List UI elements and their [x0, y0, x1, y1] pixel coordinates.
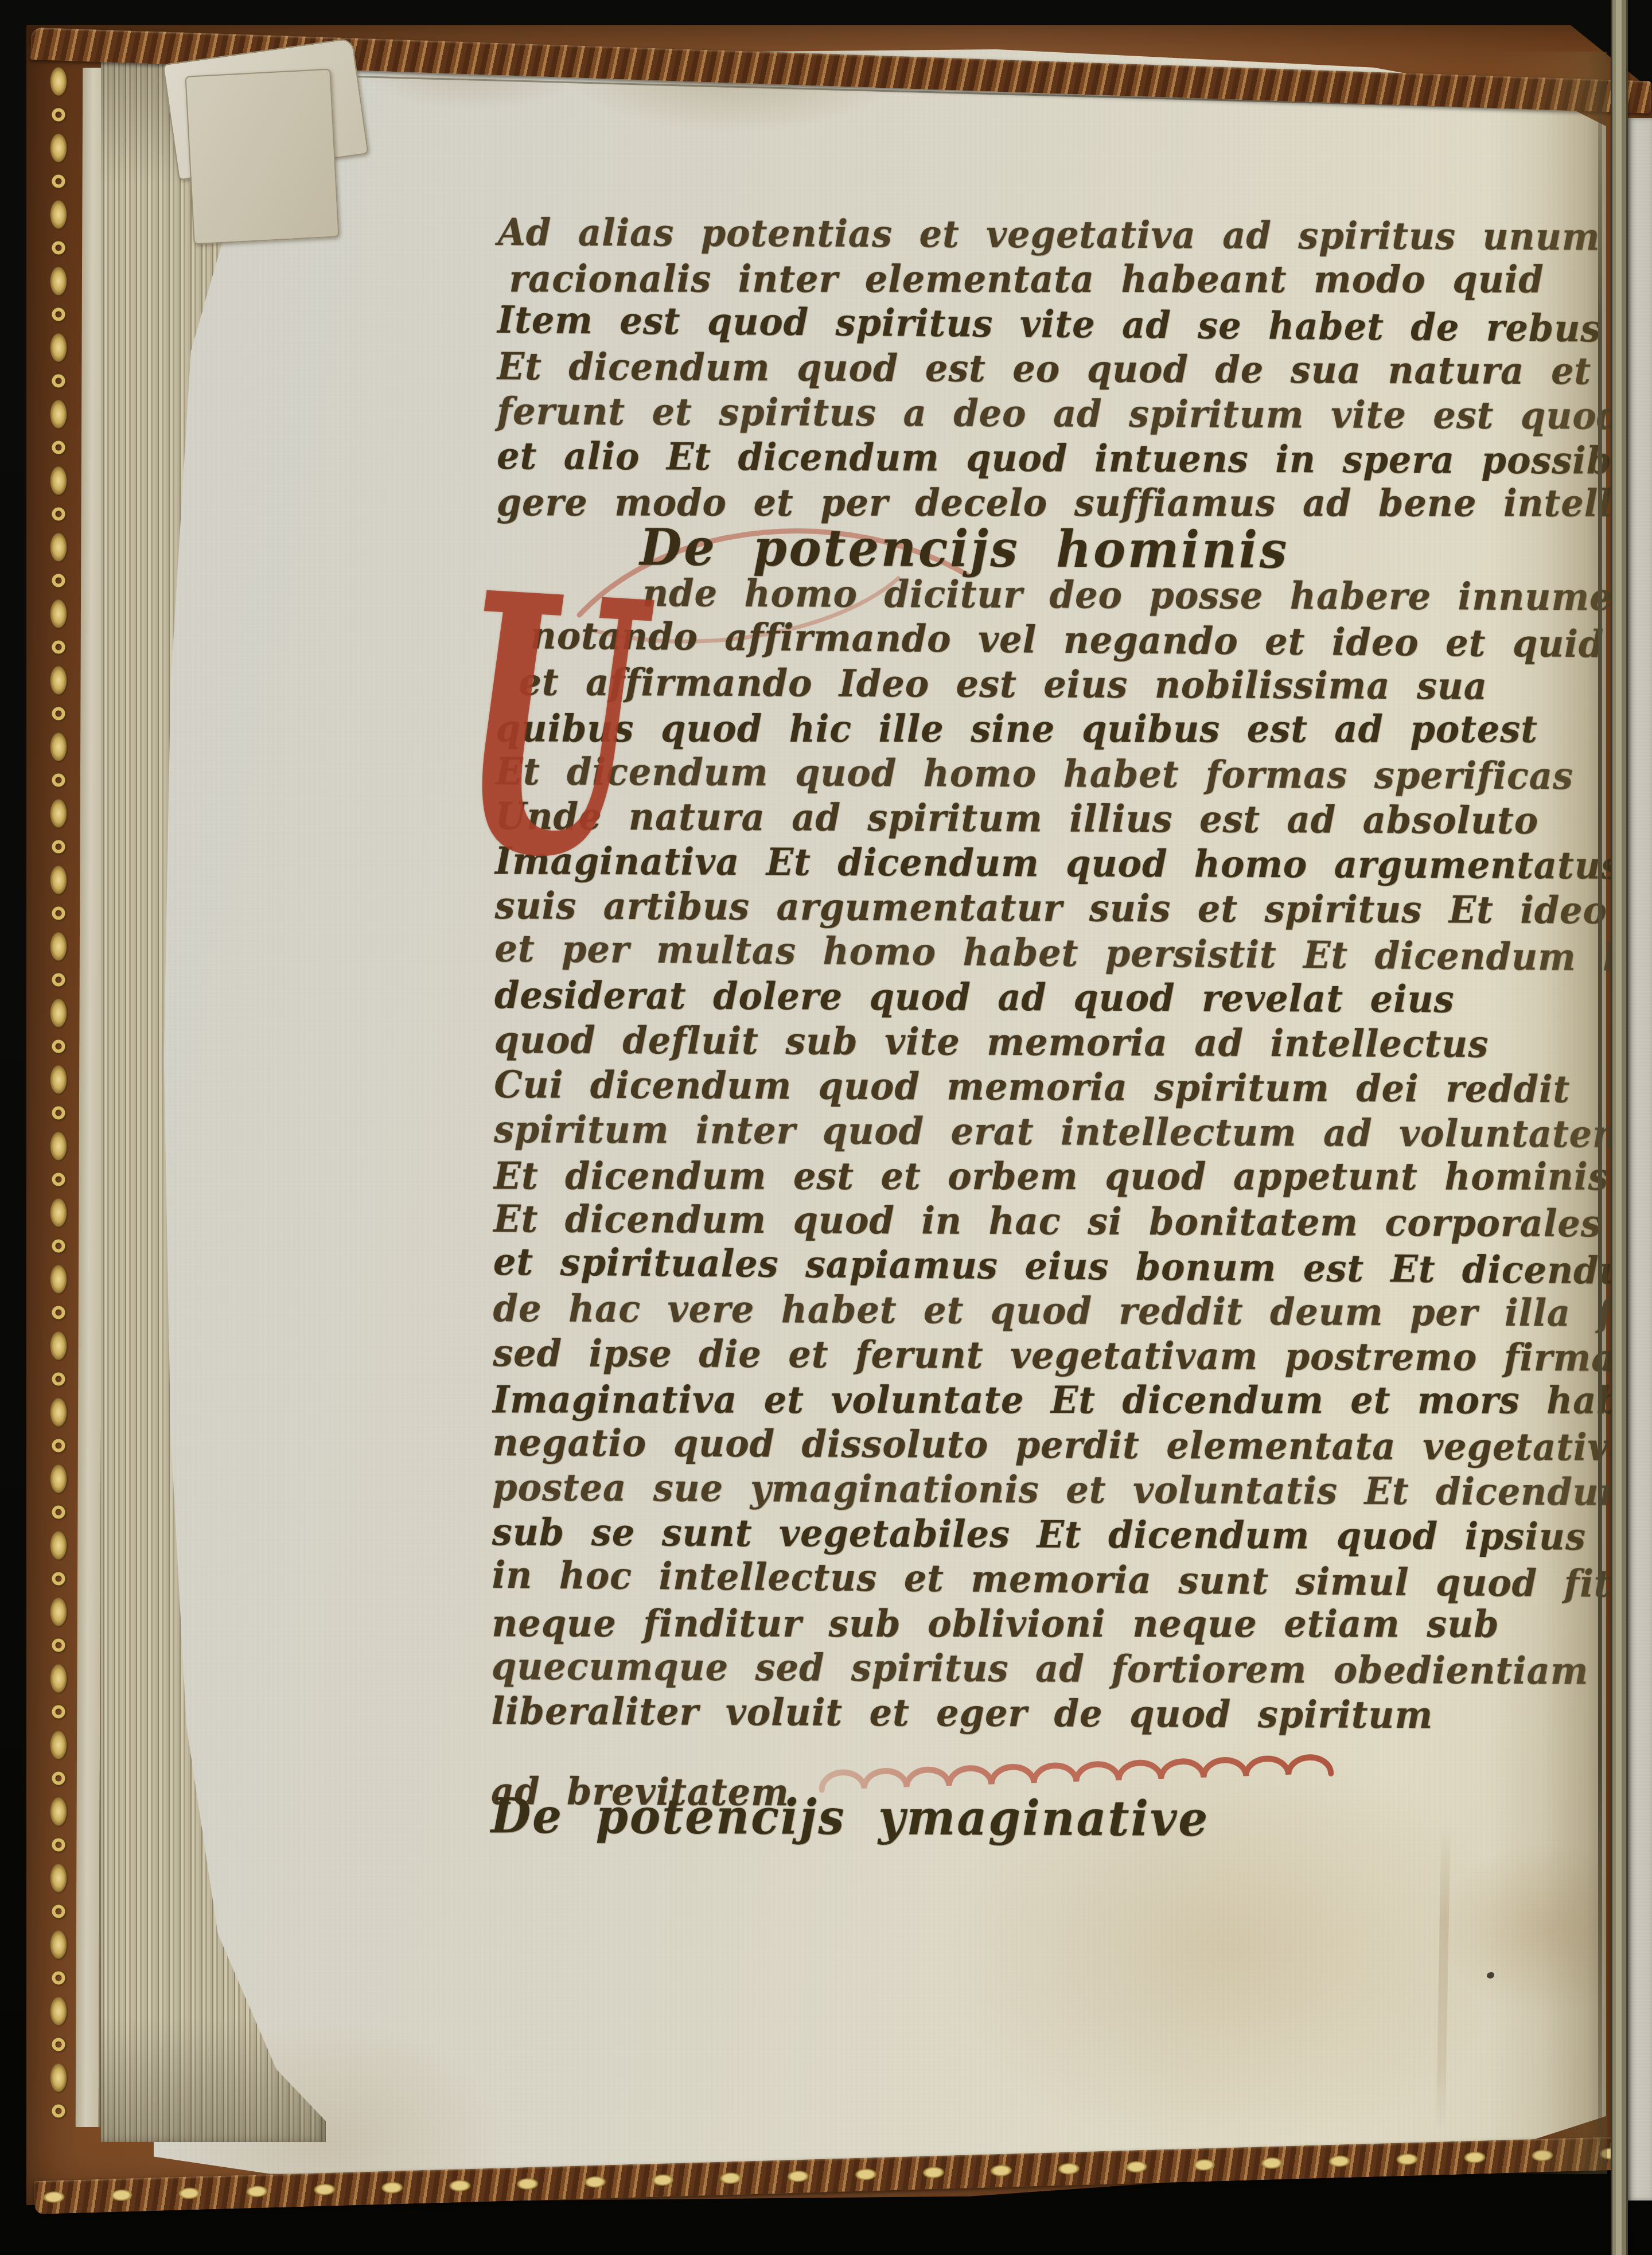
line-text: Et dicendum quod est eo quod de sua natu…	[497, 344, 1592, 393]
line-text: ferunt et spiritus a deo ad spiritum vit…	[497, 389, 1652, 438]
manuscript-line: quod defluit sub vite memoria ad intelle…	[494, 1016, 1515, 1068]
gutter-shadow	[1489, 52, 1607, 2174]
line-text: racionalis inter elementata habeant modo…	[509, 256, 1544, 301]
line-text: Et dicendum quod in hac si bonitatem cor…	[493, 1197, 1602, 1245]
line-text: Imaginativa et voluntate Et dicendum et …	[493, 1377, 1652, 1422]
manuscript-line: et affirmando Ideo est eius nobilissima …	[496, 659, 1517, 710]
line-text: de hac vere habet et quod reddit deum pe…	[493, 1286, 1652, 1335]
rubric-initial-letter: U	[458, 546, 645, 910]
manuscript-line: Unde natura ad spiritum illius est ad ab…	[495, 793, 1516, 844]
manuscript-line: Et dicendum est et orbem quod appetunt h…	[494, 1152, 1515, 1200]
page-corner-curl	[185, 69, 339, 245]
line-text: sed ipse die et ferunt vegetativam postr…	[493, 1331, 1615, 1380]
line-text: quecumque sed spiritus ad fortiorem obed…	[492, 1644, 1589, 1693]
manuscript-line: desiderat dolere quod ad quod revelat ei…	[494, 972, 1515, 1023]
manuscript-line: quibus quod hic ille sine quibus est ad …	[496, 705, 1517, 753]
manuscript-line: negatio quod dissoluto perdit elementata…	[492, 1419, 1513, 1471]
manuscript-line: Et dicendum quod homo habet formas speri…	[496, 748, 1517, 800]
line-text: spiritum inter quod erat intellectum ad …	[494, 1107, 1631, 1156]
line-text: Et dicendum est et orbem quod appetunt h…	[494, 1154, 1609, 1198]
manuscript-line: neque finditur sub oblivioni neque etiam…	[492, 1600, 1513, 1648]
text-block: Ad alias potentias et vegetativa ad spir…	[491, 210, 1519, 1843]
manuscript-line: Cui dicendum quod memoria spiritum dei r…	[494, 1061, 1515, 1113]
line-text: Ad alias potentias et vegetativa ad spir…	[498, 210, 1600, 259]
manuscript-photograph: U Ad alias potentias et vegetativa ad sp…	[0, 0, 1652, 2255]
line-text: et affirmando Ideo est eius nobilissima …	[519, 660, 1487, 708]
line-text: neque finditur sub oblivioni neque etiam…	[492, 1601, 1499, 1646]
manuscript-line: ferunt et spiritus a deo ad spiritum vit…	[497, 388, 1518, 439]
manuscript-line: liberaliter voluit et eger de quod spiri…	[491, 1688, 1512, 1739]
manuscript-line: Et dicendum quod est eo quod de sua natu…	[497, 343, 1518, 395]
line-text: Unde natura ad spiritum illius est ad ab…	[495, 794, 1538, 843]
spine-gold-tooling	[42, 64, 75, 2129]
manuscript-line: racionalis inter elementata habeant modo…	[497, 255, 1518, 303]
manuscript-line: quecumque sed spiritus ad fortiorem obed…	[492, 1643, 1513, 1695]
line-text: et spirituales sapiamus eius bonum est E…	[493, 1240, 1652, 1293]
book-cradle-rod	[1611, 0, 1628, 2255]
facing-page-edge	[1628, 118, 1652, 2201]
chapter-heading: De potencijs hominis	[496, 522, 1517, 576]
line-text: postea sue ymaginationis et voluntatis E…	[492, 1465, 1637, 1514]
line-text: De potencijs ymaginative	[491, 1787, 1210, 1847]
line-text: Et dicendum quod homo habet formas speri…	[496, 749, 1573, 798]
explicit-line: De potencijs ymaginative	[491, 1792, 1512, 1844]
manuscript-line: in hoc intellectus et memoria sunt simul…	[492, 1552, 1513, 1607]
line-text: Item est quod spiritus vite ad se habet …	[497, 298, 1602, 350]
manuscript-line: sed ipse die et ferunt vegetativam postr…	[493, 1330, 1514, 1381]
line-text: Cui dicendum quod memoria spiritum dei r…	[494, 1062, 1570, 1111]
line-text: liberaliter voluit et eger de quod spiri…	[491, 1689, 1433, 1737]
line-text: suis artibus argumentatur suis et spirit…	[495, 883, 1608, 932]
gutter-fold-line	[1598, 80, 1602, 2168]
manuscript-line: de hac vere habet et quod reddit deum pe…	[493, 1285, 1514, 1337]
line-text: negatio quod dissoluto perdit elementata…	[492, 1420, 1632, 1469]
manuscript-line: Imaginativa Et dicendum quod homo argume…	[495, 838, 1516, 889]
line-text: sub se sunt vegetabiles Et dicendum quod…	[492, 1510, 1586, 1559]
manuscript-line: Ad alias potentias et vegetativa ad spir…	[498, 209, 1519, 260]
manuscript-line: spiritum inter quod erat intellectum ad …	[494, 1106, 1515, 1158]
manuscript-line: et alio Et dicendum quod intuens in sper…	[497, 433, 1518, 484]
line-text: in hoc intellectus et memoria sunt simul…	[492, 1553, 1611, 1606]
line-text: quod defluit sub vite memoria ad intelle…	[494, 1018, 1489, 1066]
line-text: et alio Et dicendum quod intuens in sper…	[497, 434, 1652, 483]
line-text: et per multas homo habet persistit Et di…	[494, 926, 1652, 980]
line-text: desiderat dolere quod ad quod revelat ei…	[494, 973, 1455, 1021]
line-text: quibus quod hic ille sine quibus est ad …	[496, 706, 1538, 751]
manuscript-line: postea sue ymaginationis et voluntatis E…	[492, 1464, 1513, 1516]
line-text: Imaginativa Et dicendum quod homo argume…	[495, 839, 1622, 887]
line-text: notando affirmando vel negando et ideo e…	[530, 613, 1604, 666]
manuscript-line: Imaginativa et voluntate Et dicendum et …	[493, 1376, 1514, 1424]
